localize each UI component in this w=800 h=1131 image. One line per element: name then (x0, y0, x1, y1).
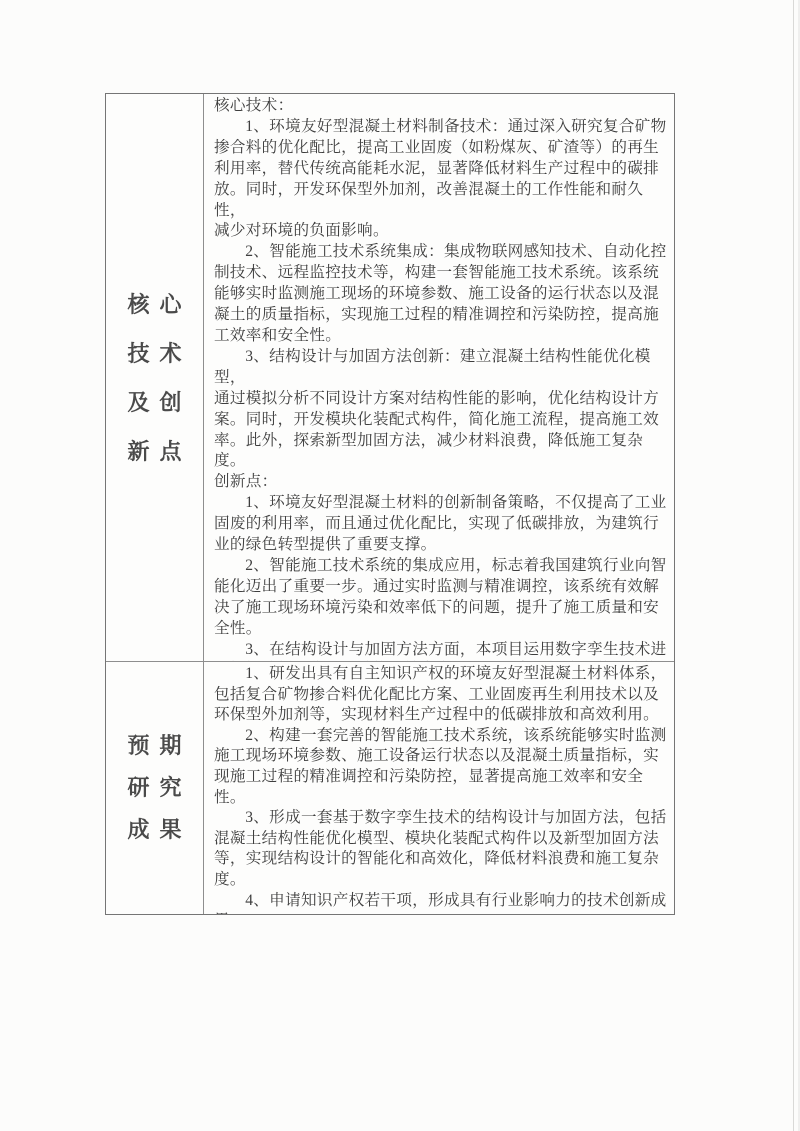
body-paragraph: 2、智能施工技术系统集成：集成物联网感知技术、自动化控 制技术、远程监控技术等，… (214, 242, 672, 347)
row-header-line: 新点 (117, 427, 191, 476)
scan-edge-line (793, 0, 794, 1131)
body-paragraph: 3、结构设计与加固方法创新：建立混凝土结构性能优化模型， 通过模拟分析不同设计方… (214, 347, 672, 472)
body-paragraph: 1、环境友好型混凝土材料制备技术：通过深入研究复合矿物 掺合料的优化配比，提高工… (214, 117, 672, 242)
body-paragraph: 2、智能施工技术系统的集成应用，标志着我国建筑行业向智 能化迈出了重要一步。通过… (214, 556, 672, 640)
body-paragraph: 1、研发出具有自主知识产权的环境友好型混凝土材料体系， 包括复合矿物掺合料优化配… (214, 664, 672, 726)
scanned-document-page: 核心 技术 及创 新点 核心技术： 1、环境友好型混凝土材料制备技术：通过深入研… (0, 0, 800, 1131)
row-header-core-technology-innovation: 核心 技术 及创 新点 (106, 94, 204, 662)
section-heading-core-tech: 核心技术： (214, 96, 672, 117)
section-heading-innovation-points: 创新点： (214, 472, 672, 493)
row-header-line: 及创 (117, 378, 191, 427)
body-paragraph: 3、在结构设计与加固方法方面，本项目运用数字孪生技术进 行模拟分析，优化了结构设… (214, 640, 672, 662)
row-header-line: 预期 (117, 725, 191, 767)
project-form-table: 核心 技术 及创 新点 核心技术： 1、环境友好型混凝土材料制备技术：通过深入研… (105, 93, 675, 915)
row-header-expected-research-results: 预期 研究 成果 (106, 662, 204, 914)
body-paragraph: 1、环境友好型混凝土材料的创新制备策略，不仅提高了工业 固废的利用率，而且通过优… (214, 493, 672, 556)
row-header-line: 核心 (117, 280, 191, 329)
row-header-line: 技术 (117, 329, 191, 378)
core-technology-innovation-content: 核心技术： 1、环境友好型混凝土材料制备技术：通过深入研究复合矿物 掺合料的优化… (204, 94, 674, 662)
body-paragraph: 4、申请知识产权若干项，形成具有行业影响力的技术创新成 果。 (214, 891, 672, 914)
row-header-line: 研究 (117, 767, 191, 809)
body-paragraph: 3、形成一套基于数字孪生技术的结构设计与加固方法，包括 混凝土结构性能优化模型、… (214, 808, 672, 890)
expected-research-results-content: 1、研发出具有自主知识产权的环境友好型混凝土材料体系， 包括复合矿物掺合料优化配… (204, 662, 674, 914)
body-paragraph: 2、构建一套完善的智能施工技术系统，该系统能够实时监测 施工现场环境参数、施工设… (214, 726, 672, 808)
row-header-line: 成果 (117, 809, 191, 851)
